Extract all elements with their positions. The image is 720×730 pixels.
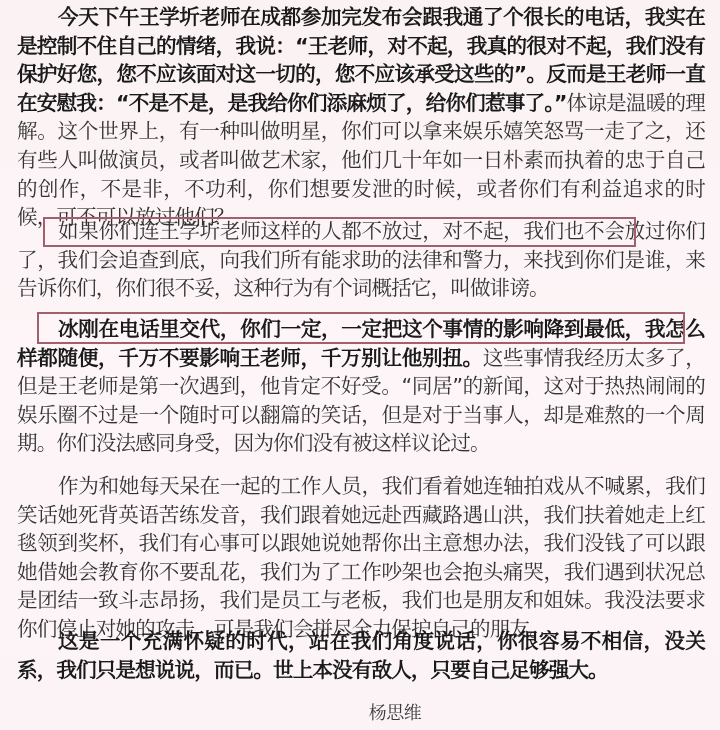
document-page: 今天下午王学圻老师在成都参加完发布会跟我通了个很长的电话，我实在是控制不住自己的… [0, 0, 720, 730]
paragraph-bold-text: 这是一个充满怀疑的时代，站在我们角度说话，你很容易不相信，没关系，我们只是想说说… [17, 629, 705, 682]
paragraph-phone-call: 今天下午王学圻老师在成都参加完发布会跟我通了个很长的电话，我实在是控制不住自己的… [17, 3, 705, 232]
paragraph-legal-warning: 如果你们连王学圻老师这样的人都不放过，对不起，我们也不会放过你们了，我们会追查到… [17, 217, 705, 303]
paragraph-closing: 这是一个充满怀疑的时代，站在我们角度说话，你很容易不相信，没关系，我们只是想说说… [17, 627, 705, 684]
paragraph-normal-text: 作为和她每天呆在一起的工作人员，我们看着她连轴拍戏从不喊累，我们笑话她死背英语苦… [17, 474, 705, 641]
paragraph-instructions: 冰刚在电话里交代，你们一定，一定把这个事情的影响降到最低，我怎么样都随便，千万不… [17, 315, 705, 458]
paragraph-staff-statement: 作为和她每天呆在一起的工作人员，我们看着她连轴拍戏从不喊累，我们笑话她死背英语苦… [17, 472, 705, 644]
paragraph-normal-text: 如果你们连王学圻老师这样的人都不放过，对不起，我们也不会放过你们了，我们会追查到… [17, 219, 705, 300]
signature: 杨思维 [0, 699, 720, 725]
